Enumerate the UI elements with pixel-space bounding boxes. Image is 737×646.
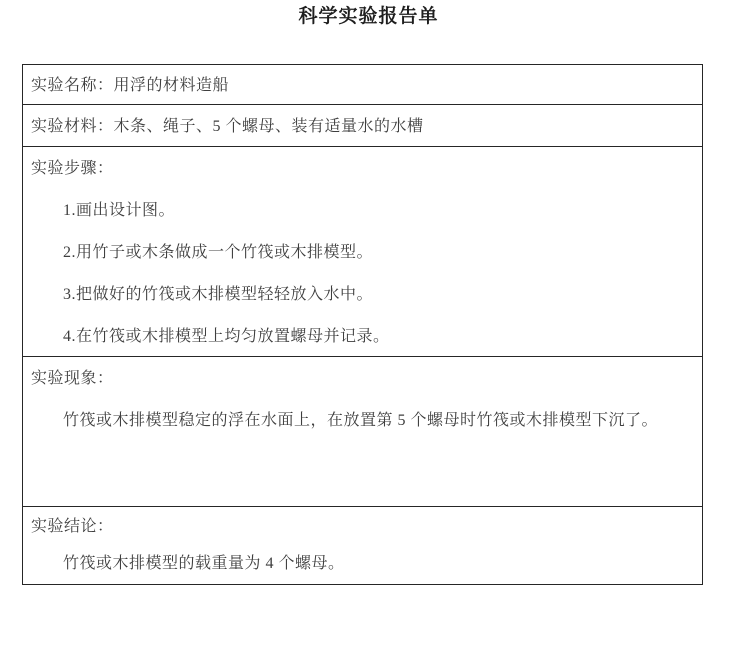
experiment-phenomenon-label: 实验现象：: [31, 370, 694, 387]
experiment-phenomenon-value: 竹筏或木排模型稳定的浮在水面上，在放置第 5 个螺母时竹筏或木排模型下沉了。: [31, 412, 694, 429]
experiment-materials-value: 木条、绳子、5 个螺母、装有适量水的水槽: [114, 118, 424, 135]
step-item-4: 4.在竹筏或木排模型上均匀放置螺母并记录。: [31, 328, 694, 345]
step-item-1: 1.画出设计图。: [31, 202, 694, 219]
row-experiment-phenomenon: 实验现象： 竹筏或木排模型稳定的浮在水面上，在放置第 5 个螺母时竹筏或木排模型…: [23, 357, 702, 507]
row-experiment-name: 实验名称：用浮的材料造船: [23, 65, 702, 105]
experiment-conclusion-label: 实验结论：: [31, 518, 694, 535]
row-experiment-steps: 实验步骤： 1.画出设计图。 2.用竹子或木条做成一个竹筏或木排模型。 3.把做…: [23, 147, 702, 357]
experiment-steps-label: 实验步骤：: [31, 160, 694, 177]
experiment-name-label: 实验名称：: [31, 77, 114, 94]
experiment-materials-label: 实验材料：: [31, 118, 114, 135]
experiment-conclusion-value: 竹筏或木排模型的载重量为 4 个螺母。: [31, 555, 694, 572]
experiment-report-page: { "document": { "title": "科学实验报告单", "col…: [0, 0, 737, 646]
step-item-2: 2.用竹子或木条做成一个竹筏或木排模型。: [31, 244, 694, 261]
page-title: 科学实验报告单: [0, 0, 737, 28]
step-item-3: 3.把做好的竹筏或木排模型轻轻放入水中。: [31, 286, 694, 303]
row-experiment-materials: 实验材料：木条、绳子、5 个螺母、装有适量水的水槽: [23, 105, 702, 147]
report-table: 实验名称：用浮的材料造船 实验材料：木条、绳子、5 个螺母、装有适量水的水槽 实…: [22, 64, 703, 585]
experiment-name-value: 用浮的材料造船: [114, 77, 230, 94]
row-experiment-conclusion: 实验结论： 竹筏或木排模型的载重量为 4 个螺母。: [23, 507, 702, 584]
